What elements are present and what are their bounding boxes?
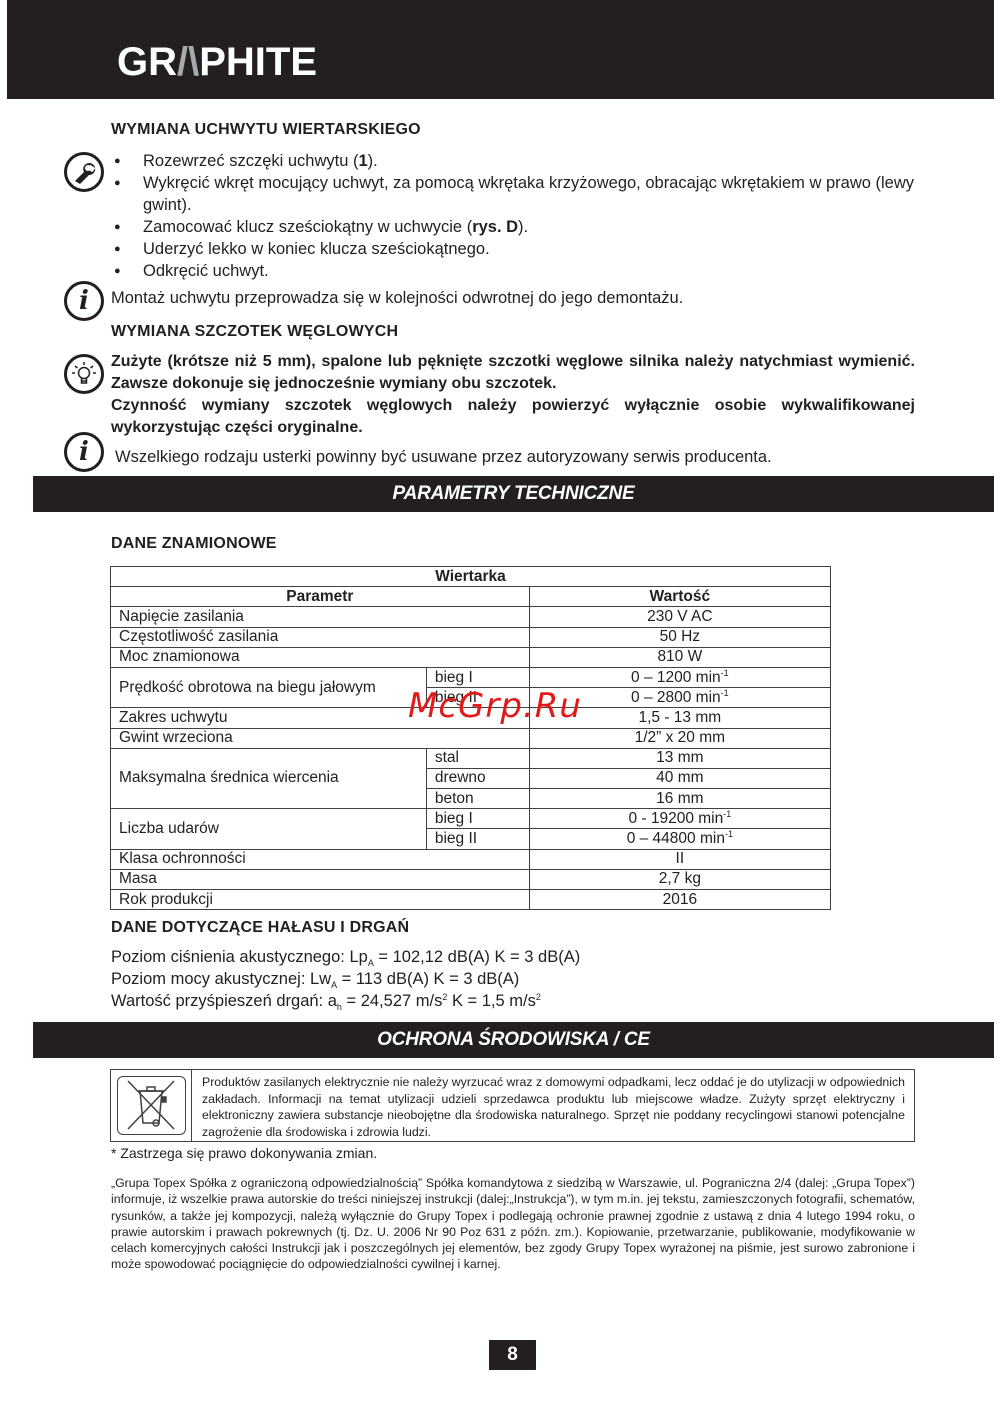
noise-data: Poziom ciśnienia akustycznego: LpA = 102… bbox=[111, 946, 580, 1012]
info-icon: i bbox=[64, 432, 104, 472]
lightbulb-icon bbox=[64, 354, 104, 394]
noise-title: DANE DOTYCZĄCE HAŁASU I DRGAŃ bbox=[111, 919, 409, 937]
chuck-steps-list: Rozewrzeć szczęki uchwytu (1). Wykręcić … bbox=[112, 150, 922, 282]
table-row: Gwint wrzeciona 1/2” x 20 mm bbox=[111, 728, 831, 748]
wrench-icon bbox=[64, 152, 104, 192]
list-item: Odkręcić uchwyt. bbox=[112, 260, 922, 282]
brushes-info-text: Wszelkiego rodzaju usterki powinny być u… bbox=[115, 446, 772, 468]
list-item: Wykręcić wkręt mocujący uchwyt, za pomoc… bbox=[112, 172, 922, 216]
brushes-warning-2: Czynność wymiany szczotek węglowych nale… bbox=[111, 395, 915, 439]
table-row: Liczba udarów bieg I 0 - 19200 min-1 bbox=[111, 809, 831, 829]
watermark: McGrp.Ru bbox=[408, 686, 582, 726]
table-row: Rok produkcji 2016 bbox=[111, 890, 831, 910]
brushes-warning-1: Zużyte (krótsze niż 5 mm), spalone lub p… bbox=[111, 351, 915, 395]
table-row: Napięcie zasilania 230 V AC bbox=[111, 607, 831, 627]
section-bar-env: OCHRONA ŚRODOWISKA / CE bbox=[33, 1022, 994, 1058]
section-title-brushes: WYMIANA SZCZOTEK WĘGLOWYCH bbox=[111, 323, 398, 341]
weee-box: Produktów zasilanych elektrycznie nie na… bbox=[110, 1069, 915, 1142]
brand-logo: GR/\PHITE bbox=[117, 40, 317, 85]
header-bar: GR/\PHITE bbox=[7, 0, 994, 99]
table-row: Masa 2,7 kg bbox=[111, 869, 831, 889]
table-caption: Wiertarka bbox=[111, 567, 831, 587]
table-row: Klasa ochronności II bbox=[111, 849, 831, 869]
crossed-bin-icon bbox=[117, 1076, 186, 1135]
page-number: 8 bbox=[489, 1340, 536, 1370]
noise-pressure: Poziom ciśnienia akustycznego: LpA = 102… bbox=[111, 946, 580, 968]
weee-text: Produktów zasilanych elektrycznie nie na… bbox=[202, 1074, 905, 1140]
column-header-value: Wartość bbox=[529, 587, 830, 607]
chuck-info-text: Montaż uchwytu przeprowadza się w kolejn… bbox=[111, 287, 683, 309]
table-row: Częstotliwość zasilania 50 Hz bbox=[111, 627, 831, 647]
legal-text: „Grupa Topex Spółka z ograniczoną odpowi… bbox=[111, 1175, 915, 1273]
section-bar-tech: PARAMETRY TECHNICZNE bbox=[33, 476, 994, 512]
changes-note: * Zastrzega się prawo dokonywania zmian. bbox=[111, 1145, 377, 1161]
rating-title: DANE ZNAMIONOWE bbox=[111, 535, 277, 553]
info-icon: i bbox=[64, 281, 104, 321]
vibration: Wartość przyśpieszeń drgań: ah = 24,527 … bbox=[111, 990, 580, 1012]
table-row: Maksymalna średnica wiercenia stal 13 mm bbox=[111, 748, 831, 768]
spec-table: Wiertarka Parametr Wartość Napięcie zasi… bbox=[110, 566, 831, 910]
list-item: Rozewrzeć szczęki uchwytu (1). bbox=[112, 150, 922, 172]
list-item: Zamocować klucz sześciokątny w uchwycie … bbox=[112, 216, 922, 238]
table-row: Moc znamionowa 810 W bbox=[111, 647, 831, 667]
list-item: Uderzyć lekko w koniec klucza sześciokąt… bbox=[112, 238, 922, 260]
column-header-param: Parametr bbox=[111, 587, 530, 607]
table-row: Prędkość obrotowa na biegu jałowym bieg … bbox=[111, 667, 831, 687]
noise-power: Poziom mocy akustycznej: LwA = 113 dB(A)… bbox=[111, 968, 580, 990]
section-title-chuck: WYMIANA UCHWYTU WIERTARSKIEGO bbox=[111, 121, 421, 139]
